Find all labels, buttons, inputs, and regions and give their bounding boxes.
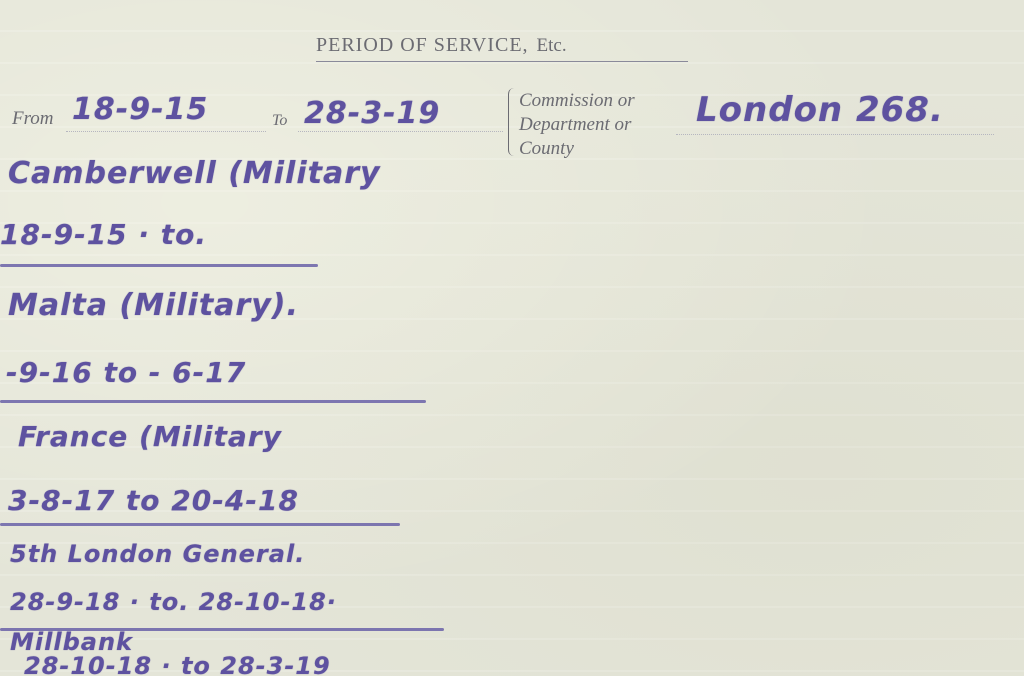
entry-dates: 18-9-15 · to. (0, 218, 207, 251)
card-title-text: PERIOD OF SERVICE, (316, 34, 529, 56)
department-label: Department or (519, 113, 635, 137)
entry-place: 5th London General. (10, 540, 305, 568)
commission-label: Commission or (519, 89, 635, 113)
entry-place: France (Military (18, 420, 282, 453)
entry-separator (0, 523, 400, 526)
from-date-value: 18-9-15 (72, 92, 208, 127)
service-record-card: PERIOD OF SERVICE,Etc. From 18-9-15 To 2… (0, 0, 1024, 676)
from-label: From (12, 108, 54, 130)
commission-value: London 268. (696, 90, 944, 130)
entry-separator (0, 264, 318, 267)
entry-dates: 28-9-18 · to. 28-10-18· (10, 588, 337, 616)
county-label: County (519, 137, 635, 161)
to-dotted-line (298, 131, 503, 132)
brace-mark (508, 88, 515, 156)
entry-place: Malta (Military). (8, 288, 299, 323)
card-title: PERIOD OF SERVICE,Etc. (316, 34, 688, 62)
from-dotted-line (66, 131, 266, 132)
card-title-suffix: Etc. (537, 35, 567, 56)
entry-dates: 28-10-18 · to 28-3-19 (24, 652, 331, 676)
entry-dates: -9-16 to - 6-17 (6, 356, 246, 389)
entry-separator (0, 400, 426, 403)
to-label: To (272, 112, 287, 130)
entry-place: Camberwell (Military (8, 156, 381, 191)
to-date-value: 28-3-19 (304, 96, 440, 131)
entry-dates: 3-8-17 to 20-4-18 (8, 484, 299, 517)
commission-dotted-line (676, 134, 994, 135)
commission-labels: Commission or Department or County (519, 89, 635, 161)
